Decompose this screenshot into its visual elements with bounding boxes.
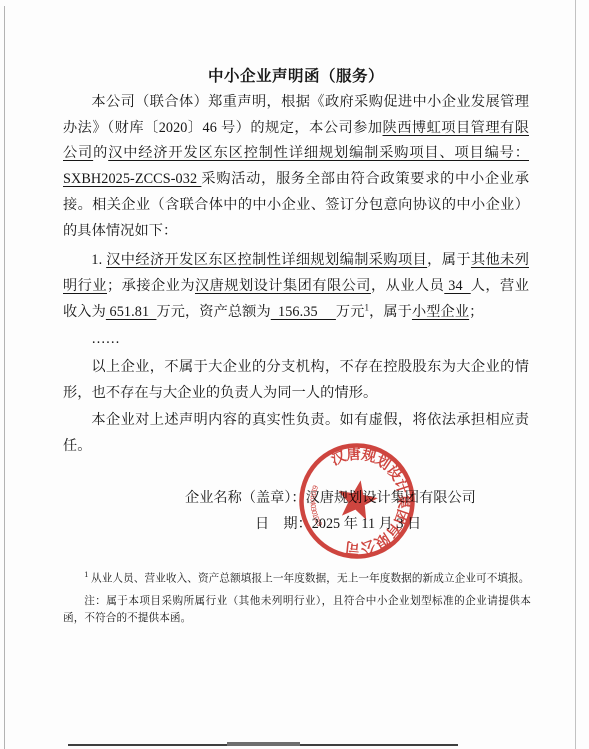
item-text: ，属于	[427, 252, 471, 268]
revenue-value: 651.81	[106, 304, 157, 320]
item-number: 1.	[91, 252, 106, 268]
scanned-document-page: 中小企业声明函（服务） 本公司（联合体）郑重声明，根据《政府采购促进中小企业发展…	[0, 0, 589, 749]
company-name-label: 企业名称（盖章）：	[185, 490, 306, 506]
note-paragraph: 注：属于本项目采购所属行业（其他未列明行业），且符合中小企业划型标准的企业请提供…	[63, 593, 531, 627]
responsibility-paragraph: 本企业对上述声明内容的真实性负责。如有虚假，将依法承担相应责任。	[63, 408, 529, 459]
footnotes-block: 1 从业人员、营业收入、资产总额填报上一年度数据，无上一年度数据的新成立企业可不…	[63, 566, 531, 627]
item-project-name: 汉中经济开发区东区控制性详细规划编制采购项目	[106, 252, 427, 268]
item-text: ，属于	[369, 304, 412, 320]
project-name: 汉中经济开发区东区控制性详细规划编制采购项目、项目编号：	[108, 145, 529, 161]
contractor-name: 汉唐规划设计集团有限公司	[195, 278, 371, 294]
document-body: 中小企业声明函（服务） 本公司（联合体）郑重声明，根据《政府采购促进中小企业发展…	[63, 64, 529, 537]
ellipsis-line: ……	[63, 327, 529, 353]
item-text: ，从业人员	[371, 278, 444, 294]
footnote-1-text: 从业人员、营业收入、资产总额填报上一年度数据，无上一年度数据的新成立企业可不填报…	[88, 574, 529, 585]
company-name-line: 企业名称（盖章）：汉唐规划设计集团有限公司	[63, 486, 529, 512]
date-line: 日 期：2025 年 11 月 3 日	[63, 512, 529, 538]
footnote-1: 1 从业人员、营业收入、资产总额填报上一年度数据，无上一年度数据的新成立企业可不…	[63, 566, 531, 588]
date-label: 日 期：	[255, 516, 312, 532]
assets-value: 156.35	[271, 304, 336, 320]
company-name-value: 汉唐规划设计集团有限公司	[306, 490, 476, 506]
scan-shadow-blob	[227, 742, 300, 746]
employee-count: 34	[444, 278, 470, 294]
project-number: SXBH2025-ZCCS-032	[63, 171, 201, 187]
item-text: 万元，资产总额为	[156, 304, 270, 320]
enterprise-size: 小型企业	[412, 304, 469, 320]
no-big-enterprise-paragraph: 以上企业，不属于大企业的分支机构，不存在控股股东为大企业的情形，也不存在与大企业…	[63, 355, 529, 406]
enterprise-item-paragraph: 1. 汉中经济开发区东区控制性详细规划编制采购项目，属于其他未列明行业；承接企业…	[63, 248, 529, 325]
signature-block: 企业名称（盖章）：汉唐规划设计集团有限公司 日 期：2025 年 11 月 3 …	[63, 486, 529, 537]
page-right-edge	[575, 0, 576, 749]
document-title: 中小企业声明函（服务）	[63, 64, 529, 90]
date-value: 2025 年 11 月 3 日	[312, 516, 421, 532]
page-left-edge	[4, 6, 5, 749]
item-text: 万元	[336, 304, 365, 320]
item-text: ；	[469, 304, 483, 320]
declaration-paragraph: 本公司（联合体）郑重声明，根据《政府采购促进中小企业发展管理办法》（财库〔202…	[63, 90, 529, 244]
item-text: ；承接企业为	[107, 278, 195, 294]
declaration-text: 的	[93, 145, 108, 161]
